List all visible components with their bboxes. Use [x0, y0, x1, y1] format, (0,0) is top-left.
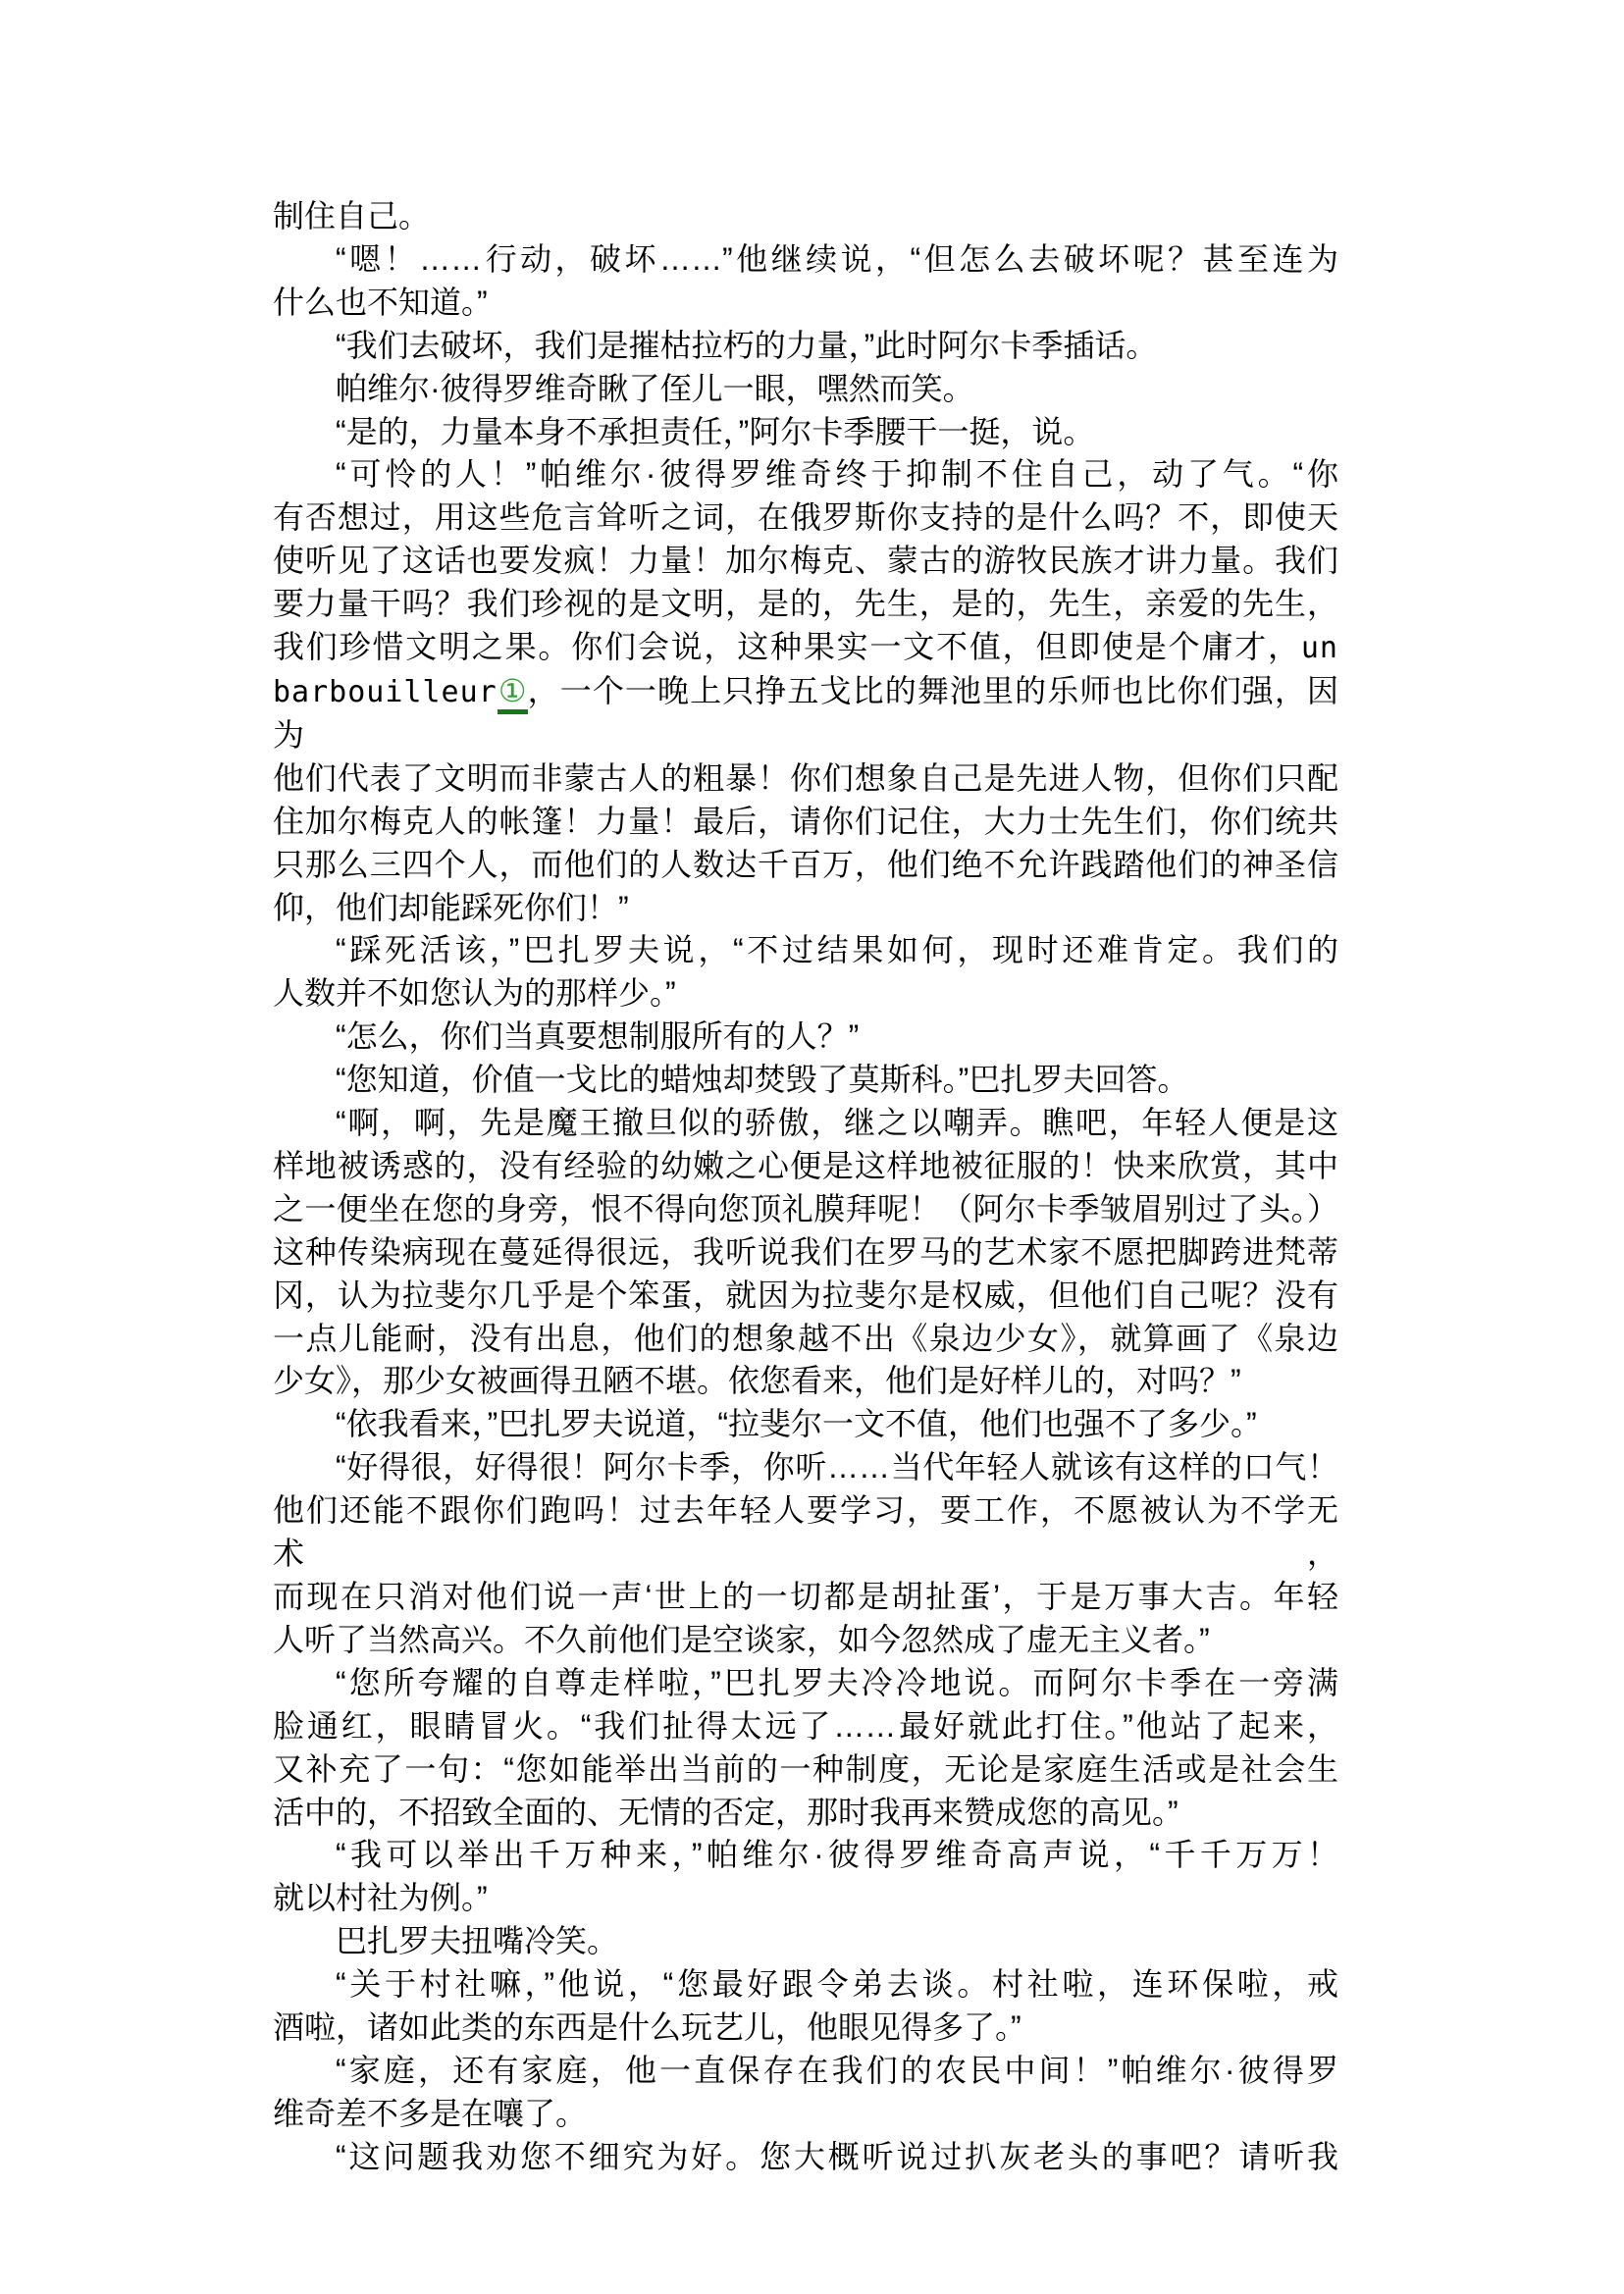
text-line: 冈，认为拉斐尔几乎是个笨蛋，就因为拉斐尔是权威，但他们自己呢？没有: [273, 1275, 1338, 1318]
document-page: 制住自己。“嗯！……行动，破坏……”他继续说，“但怎么去破坏呢？甚至连为什么也不…: [0, 0, 1624, 2294]
text-line: “我们去破坏，我们是摧枯拉朽的力量，”此时阿尔卡季插话。: [273, 325, 1338, 368]
text-line: 我们珍惜文明之果。你们会说，这种果实一文不值，但即使是个庸才，un: [273, 626, 1338, 670]
text-line: “嗯！……行动，破坏……”他继续说，“但怎么去破坏呢？甚至连为: [273, 238, 1338, 282]
text-line: “家庭，还有家庭，他一直保存在我们的农民中间！”帕维尔·彼得罗: [273, 2050, 1338, 2093]
text-line: “您知道，价值一戈比的蜡烛却焚毁了莫斯科。”巴扎罗夫回答。: [273, 1059, 1338, 1102]
latin-text: barbouilleur: [273, 675, 498, 709]
text-line: “是的，力量本身不承担责任，”阿尔卡季腰干一挺，说。: [273, 411, 1338, 454]
text-line: 有否想过，用这些危言耸听之词，在俄罗斯你支持的是什么吗？不，即使天: [273, 496, 1338, 540]
text-line: “怎么，你们当真要想制服所有的人？”: [273, 1016, 1338, 1059]
text-line: “可怜的人！”帕维尔·彼得罗维奇终于抑制不住自己，动了气。“你: [273, 453, 1338, 496]
text-line: 帕维尔·彼得罗维奇瞅了侄儿一眼，嘿然而笑。: [273, 368, 1338, 411]
text-line: 什么也不知道。”: [273, 282, 1338, 325]
text-line: 这种传染病现在蔓延得很远，我听说我们在罗马的艺术家不愿把脚跨进梵蒂: [273, 1231, 1338, 1275]
text-line: 仰，他们却能踩死你们！”: [273, 887, 1338, 930]
text-line: 维奇差不多是在嚷了。: [273, 2093, 1338, 2136]
text-line: 样地被诱惑的，没有经验的幼嫩之心便是这样地被征服的！快来欣赏，其中: [273, 1145, 1338, 1188]
text-line: 要力量干吗？我们珍视的是文明，是的，先生，是的，先生，亲爱的先生，: [273, 583, 1338, 626]
text-line: 制住自己。: [273, 195, 1338, 238]
text-line: 人听了当然高兴。不久前他们是空谈家，如今忽然成了虚无主义者。”: [273, 1619, 1338, 1662]
text-line: 就以村社为例。”: [273, 1877, 1338, 1920]
text-line: 住加尔梅克人的帐篷！力量！最后，请你们记住，大力士先生们，你们统共: [273, 801, 1338, 844]
text-line: “啊，啊，先是魔王撤旦似的骄傲，继之以嘲弄。瞧吧，年轻人便是这: [273, 1102, 1338, 1145]
text-line: 活中的，不招致全面的、无情的否定，那时我再来赞成您的高见。”: [273, 1792, 1338, 1835]
text-line: “好得很，好得很！阿尔卡季，你听……当代年轻人就该有这样的口气！: [273, 1446, 1338, 1489]
text-line: 人数并不如您认为的那样少。”: [273, 972, 1338, 1016]
text-line: 一点儿能耐，没有出息，他们的想象越不出《泉边少女》，就算画了《泉边: [273, 1318, 1338, 1361]
text-line: barbouilleur①，一个一晚上只挣五戈比的舞池里的乐师也比你们强，因为: [273, 670, 1338, 757]
text-line: 少女》，那少女被画得丑陋不堪。依您看来，他们是好样儿的，对吗？”: [273, 1360, 1338, 1403]
text-line: 又补充了一句：“您如能举出当前的一种制度，无论是家庭生活或是社会生: [273, 1748, 1338, 1792]
text-line: “我可以举出千万种来，”帕维尔·彼得罗维奇高声说，“千千万万！: [273, 1834, 1338, 1877]
footnote-marker-icon[interactable]: ①: [498, 673, 528, 714]
text-line: “您所夸耀的自尊走样啦，”巴扎罗夫冷冷地说。而阿尔卡季在一旁满: [273, 1662, 1338, 1705]
text-line: “依我看来，”巴扎罗夫说道，“拉斐尔一文不值，他们也强不了多少。”: [273, 1403, 1338, 1446]
text-line: “这问题我劝您不细究为好。您大概听说过扒灰老头的事吧？请听我: [273, 2136, 1338, 2179]
text-line: 而现在只消对他们说一声‘世上的一切都是胡扯蛋’，于是万事大吉。年轻: [273, 1576, 1338, 1619]
text-line: “踩死活该，”巴扎罗夫说，“不过结果如何，现时还难肯定。我们的: [273, 929, 1338, 972]
text-line: 之一便坐在您的身旁，恨不得向您顶礼膜拜呢！（阿尔卡季皱眉别过了头。）: [273, 1188, 1338, 1231]
text-line: 使听见了这话也要发疯！力量！加尔梅克、蒙古的游牧民族才讲力量。我们: [273, 540, 1338, 583]
text-line: 巴扎罗夫扭嘴冷笑。: [273, 1920, 1338, 1963]
text-line: 酒啦，诸如此类的东西是什么玩艺儿，他眼见得多了。”: [273, 2007, 1338, 2050]
latin-text: un: [1301, 631, 1338, 665]
text-line: “关于村社嘛，”他说，“您最好跟令弟去谈。村社啦，连环保啦，戒: [273, 1963, 1338, 2007]
text-line: 他们还能不跟你们跑吗！过去年轻人要学习，要工作，不愿被认为不学无术，: [273, 1489, 1338, 1576]
text-line: 他们代表了文明而非蒙古人的粗暴！你们想象自己是先进人物，但你们只配: [273, 757, 1338, 801]
text-block: 制住自己。“嗯！……行动，破坏……”他继续说，“但怎么去破坏呢？甚至连为什么也不…: [273, 195, 1338, 2179]
text-line: 脸通红，眼睛冒火。“我们扯得太远了……最好就此打住。”他站了起来，: [273, 1705, 1338, 1748]
text-line: 只那么三四个人，而他们的人数达千百万，他们绝不允许践踏他们的神圣信: [273, 844, 1338, 887]
